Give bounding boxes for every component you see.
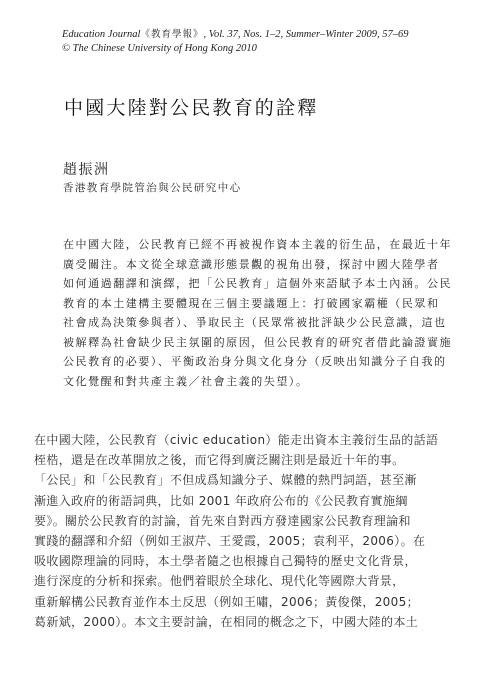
abstract-line: 被解釋為社會缺少民主氛圍的原因，但公民教育的研究者借此論證實施 [63, 333, 423, 353]
abstract-line: 在中國大陸，公民教育已經不再被視作資本主義的衍生品，在最近十年 [63, 235, 423, 255]
body-line: 「公民」和「公民教育」不但成爲知識分子、媒體的熱門詞語，甚至漸 [34, 470, 424, 490]
journal-page: Education Journal《教育學報》, Vol. 37, Nos. 1… [0, 0, 480, 679]
abstract-line: 社會成為決策參與者）、爭取民主（民眾常被批評缺少公民意識，這也 [63, 313, 423, 333]
journal-header: Education Journal《教育學報》, Vol. 37, Nos. 1… [62, 28, 462, 56]
body-line: 葛新斌，2000）。本文主要討論，在相同的概念之下，中國大陸的本土 [34, 612, 424, 632]
article-title: 中國大陸對公民教育的詮釋 [64, 93, 318, 120]
author-affiliation: 香港教育學院管治與公民研究中心 [63, 180, 242, 195]
citation-line: Education Journal《教育學報》, Vol. 37, Nos. 1… [62, 28, 462, 42]
abstract-line: 教育的本土建構主要體現在三個主要議題上：打破國家霸權（民眾和 [63, 294, 423, 314]
body-line: 漸進入政府的術語詞典，比如 2001 年政府公布的《公民教育實施綱 [34, 491, 424, 511]
body-line: 進行深度的分析和探索。他們着眼於全球化、現代化等國際大背景， [34, 571, 424, 591]
copyright-line: © The Chinese University of Hong Kong 20… [62, 42, 462, 56]
citation-details: , Vol. 37, Nos. 1–2, Summer–Winter 2009,… [203, 29, 408, 40]
body-line: 實踐的翻譯和介紹（例如王淑芹、王愛霞，2005；袁利平，2006）。在 [34, 531, 424, 551]
body-line: 吸收國際理論的同時，本土學者隨之也根據自己獨特的歷史文化背景， [34, 551, 424, 571]
abstract-line: 文化覺醒和對共產主義／社會主義的失望）。 [63, 372, 423, 392]
body-text: 在中國大陸，公民教育（civic education）能走出資本主義衍生品的話語… [34, 430, 424, 632]
body-line: 要》。關於公民教育的討論，首先來自對西方發達國家公民教育理論和 [34, 511, 424, 531]
body-line: 桎梏，還是在改革開放之後，而它得到廣泛關注則是最近十年的事。 [34, 450, 424, 470]
journal-name-en: Education Journal [62, 29, 140, 40]
author-name: 趙振洲 [63, 159, 110, 179]
journal-name-zh: 《教育學報》 [140, 29, 203, 40]
body-line: 重新解構公民教育並作本土反思（例如王嘯，2006；黃俊傑，2005； [34, 592, 424, 612]
abstract: 在中國大陸，公民教育已經不再被視作資本主義的衍生品，在最近十年 廣受關注。本文從… [63, 235, 423, 391]
abstract-line: 公民教育的必要）、平衡政治身分與文化身分（反映出知識分子自我的 [63, 352, 423, 372]
abstract-line: 廣受關注。本文從全球意識形態景觀的視角出發，探討中國大陸學者 [63, 255, 423, 275]
abstract-line: 如何通過翻譯和演繹，把「公民教育」這個外來語賦予本土內涵。公民 [63, 274, 423, 294]
body-line: 在中國大陸，公民教育（civic education）能走出資本主義衍生品的話語 [34, 430, 424, 450]
